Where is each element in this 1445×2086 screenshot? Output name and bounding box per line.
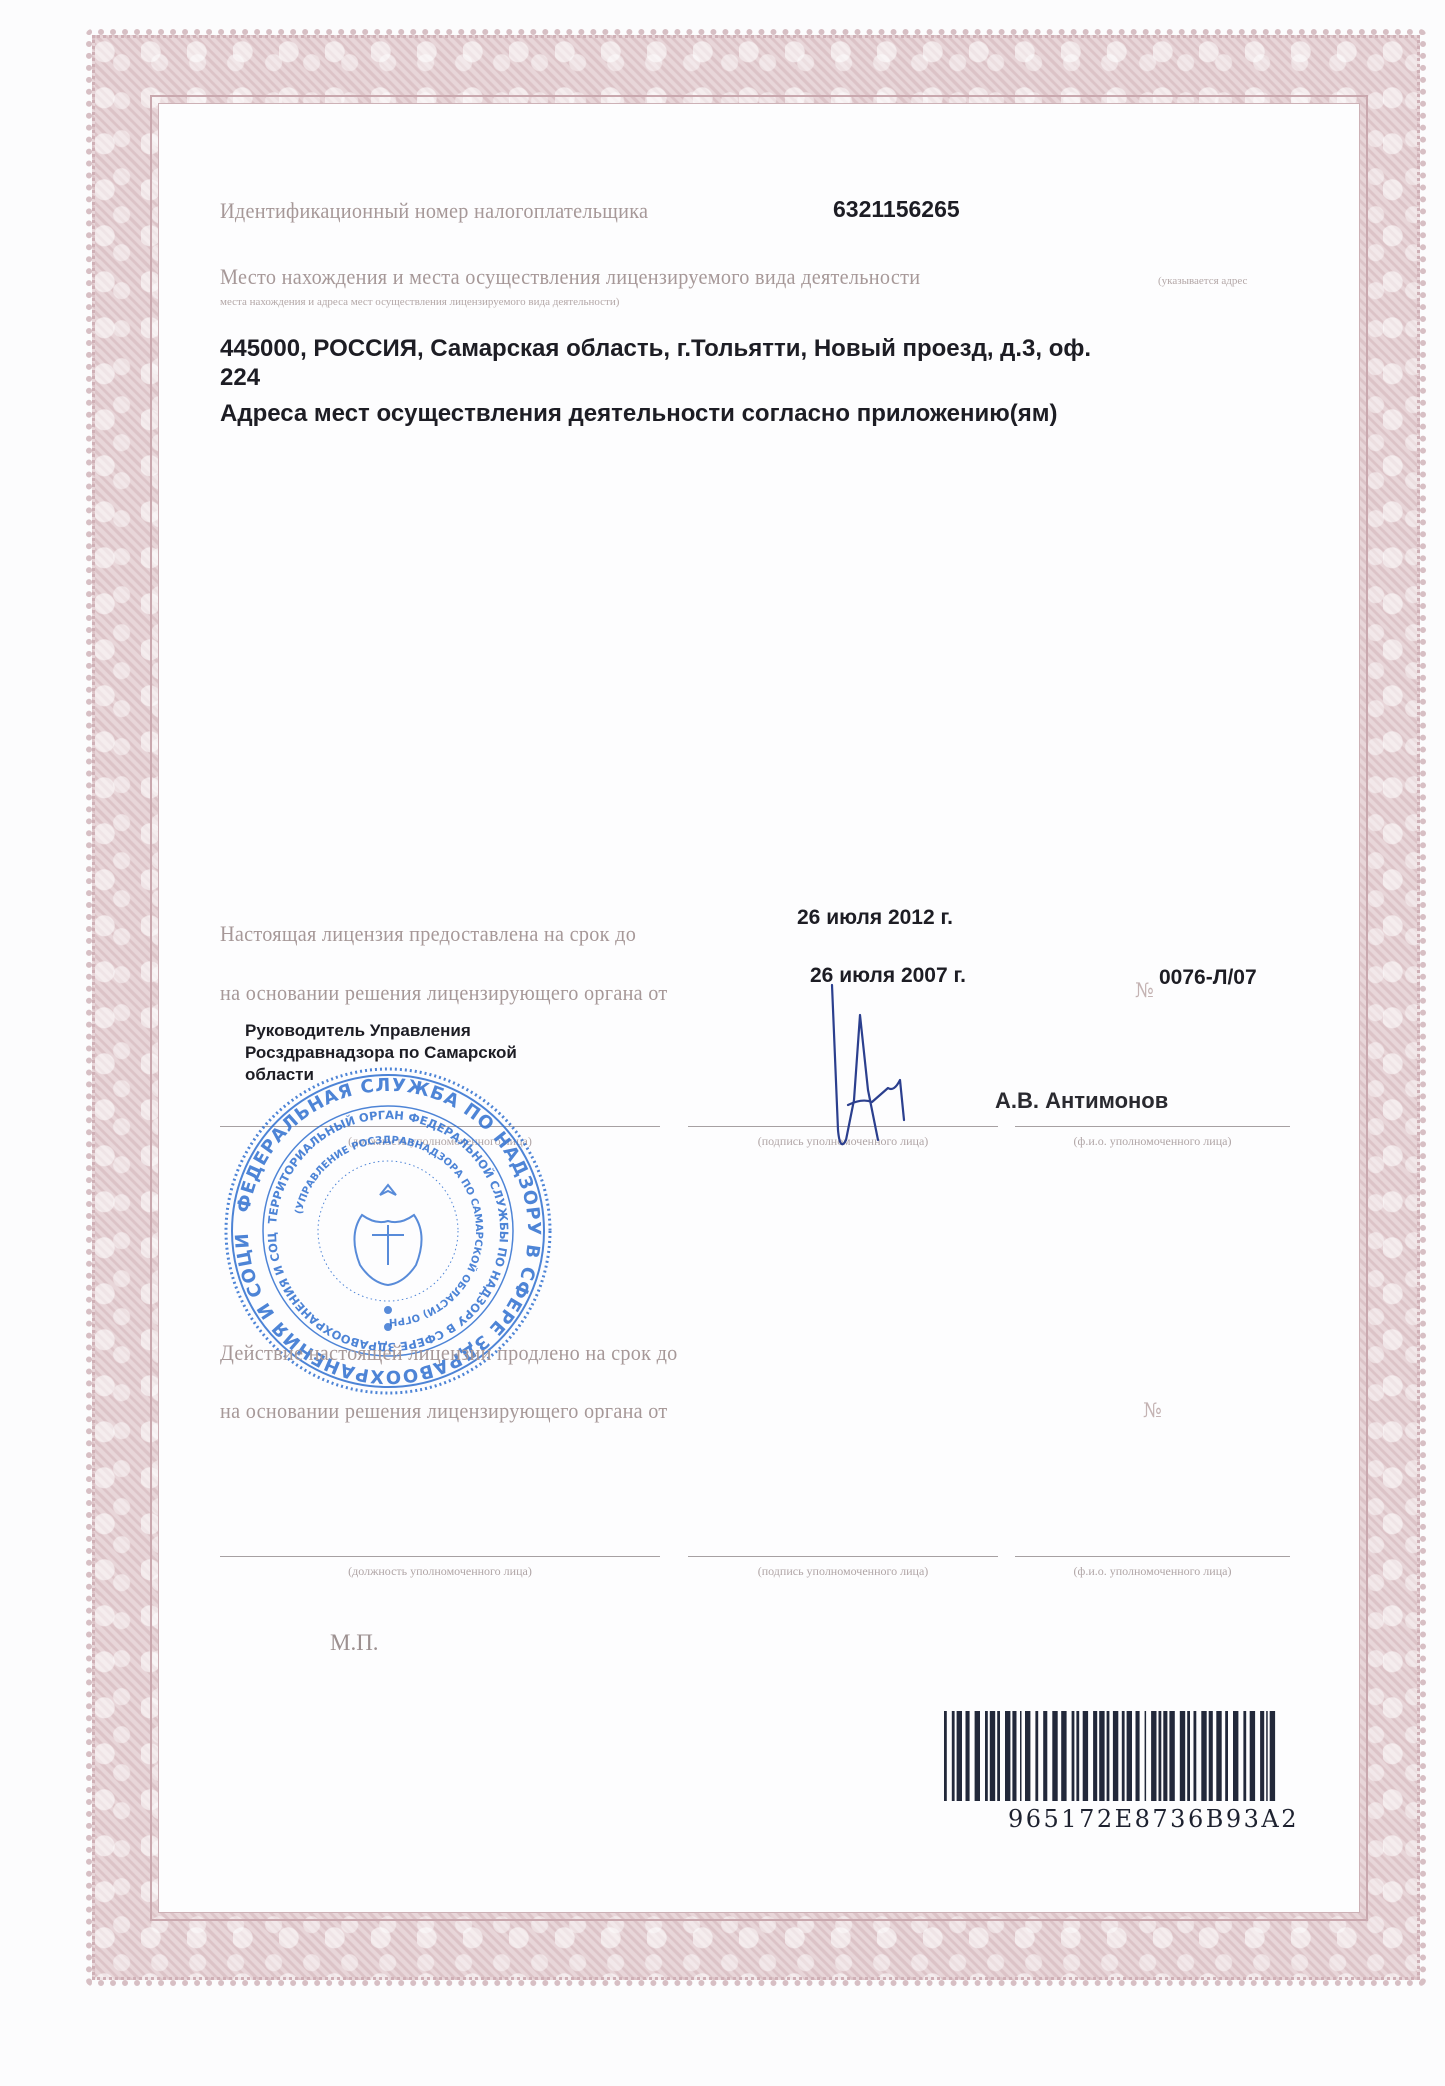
signatory-name: А.В. Антимонов bbox=[995, 1088, 1168, 1114]
location-note-1: (указывается адрес bbox=[1158, 275, 1247, 287]
extension-position-caption: (должность уполномоченного лица) bbox=[220, 1564, 660, 1579]
term-value: 26 июля 2012 г. bbox=[797, 906, 953, 930]
term-label: Настоящая лицензия предоставлена на срок… bbox=[220, 921, 636, 947]
inn-label: Идентификационный номер налогоплательщик… bbox=[220, 198, 648, 224]
location-note-2: места нахождения и адреса мест осуществл… bbox=[220, 296, 619, 308]
stamp-place-label: М.П. bbox=[330, 1630, 379, 1656]
name-caption: (ф.и.о. уполномоченного лица) bbox=[1015, 1134, 1290, 1149]
extension-name-caption: (ф.и.о. уполномоченного лица) bbox=[1015, 1564, 1290, 1579]
extension-signature-caption: (подпись уполномоченного лица) bbox=[688, 1564, 998, 1579]
address-line-2: 224 bbox=[220, 364, 260, 392]
handwritten-signature bbox=[820, 980, 970, 1180]
extension-position-line bbox=[220, 1556, 660, 1557]
barcode-number: 965172E8736B93A2 bbox=[1008, 1805, 1299, 1833]
extension-signature-line bbox=[688, 1556, 998, 1557]
extension-name-line bbox=[1015, 1556, 1290, 1557]
name-line bbox=[1015, 1126, 1290, 1127]
decision-label: на основании решения лицензирующего орга… bbox=[220, 980, 668, 1006]
address-line-1: 445000, РОССИЯ, Самарская область, г.Тол… bbox=[220, 335, 1091, 363]
signatory-position-line-1: Руководитель Управления bbox=[245, 1021, 471, 1041]
extension-number-sign: № bbox=[1143, 1398, 1162, 1422]
decision-number: 0076-Л/07 bbox=[1159, 966, 1257, 990]
license-page: Идентификационный номер налогоплательщик… bbox=[0, 0, 1445, 2086]
signatory-position-line-2: Росздравнадзора по Самарской bbox=[245, 1043, 517, 1063]
inn-value: 6321156265 bbox=[833, 196, 960, 223]
extension-decision-label: на основании решения лицензирующего орга… bbox=[220, 1398, 668, 1424]
decision-number-sign: № bbox=[1135, 978, 1154, 1002]
coat-of-arms-icon bbox=[354, 1185, 421, 1330]
location-label: Место нахождения и места осуществления л… bbox=[220, 264, 920, 290]
addresses-appendix-note: Адреса мест осуществления деятельности с… bbox=[220, 400, 1057, 428]
extension-label: Действие настоящей лицензии продлено на … bbox=[220, 1340, 678, 1366]
barcode bbox=[944, 1711, 1278, 1801]
